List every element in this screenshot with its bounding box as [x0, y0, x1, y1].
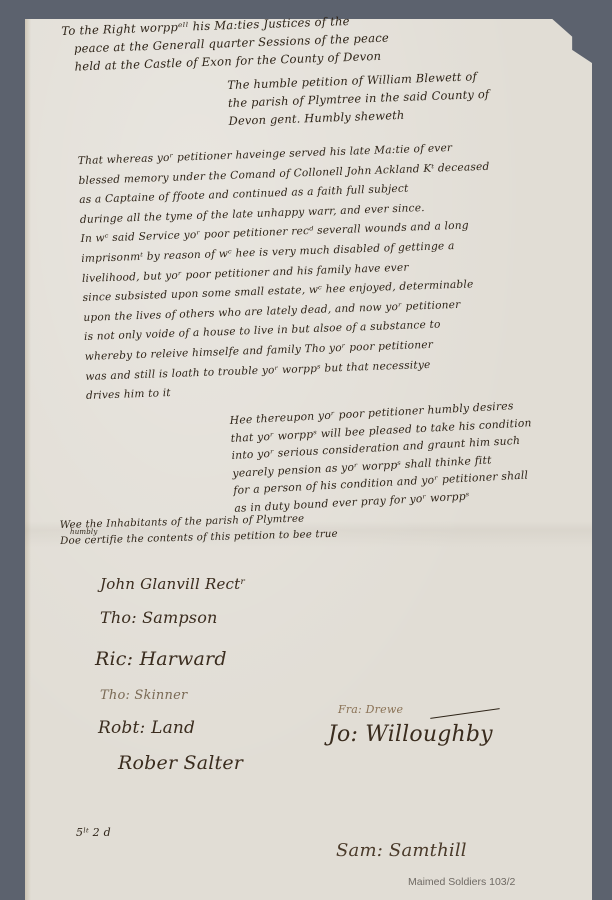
signature-sampson: Tho: Sampson [100, 608, 218, 627]
prayer-block: Hee thereupon yoʳ poor petitioner humbly… [229, 396, 535, 517]
signature-willoughby: Jo: Willoughby [328, 722, 493, 747]
signature-land: Robt: Land [98, 718, 195, 738]
address-block: To the Right worppᵉˡˡ his Ma:ties Justic… [61, 11, 390, 76]
archive-reference: Maimed Soldiers 103/2 [408, 876, 515, 888]
signature-skinner: Tho: Skinner [100, 688, 187, 703]
signature-drewe: Fra: Drewe [338, 703, 403, 716]
margin-note: 5ˡᵗ 2 d [76, 826, 111, 839]
petitioner-block: The humble petition of William Blewett o… [227, 67, 490, 130]
signature-harward: Ric: Harward [95, 648, 227, 670]
attestation-interlinear: humbly [70, 528, 98, 536]
petition-body: That whereas yoʳ petitioner haveinge ser… [78, 138, 498, 407]
paper-edge-shadow [25, 19, 31, 900]
signature-samthill: Sam: Samthill [336, 840, 467, 861]
signature-salter: Rober Salter [118, 752, 243, 774]
signature-glanvill: John Glanvill Rectʳ [100, 575, 246, 593]
